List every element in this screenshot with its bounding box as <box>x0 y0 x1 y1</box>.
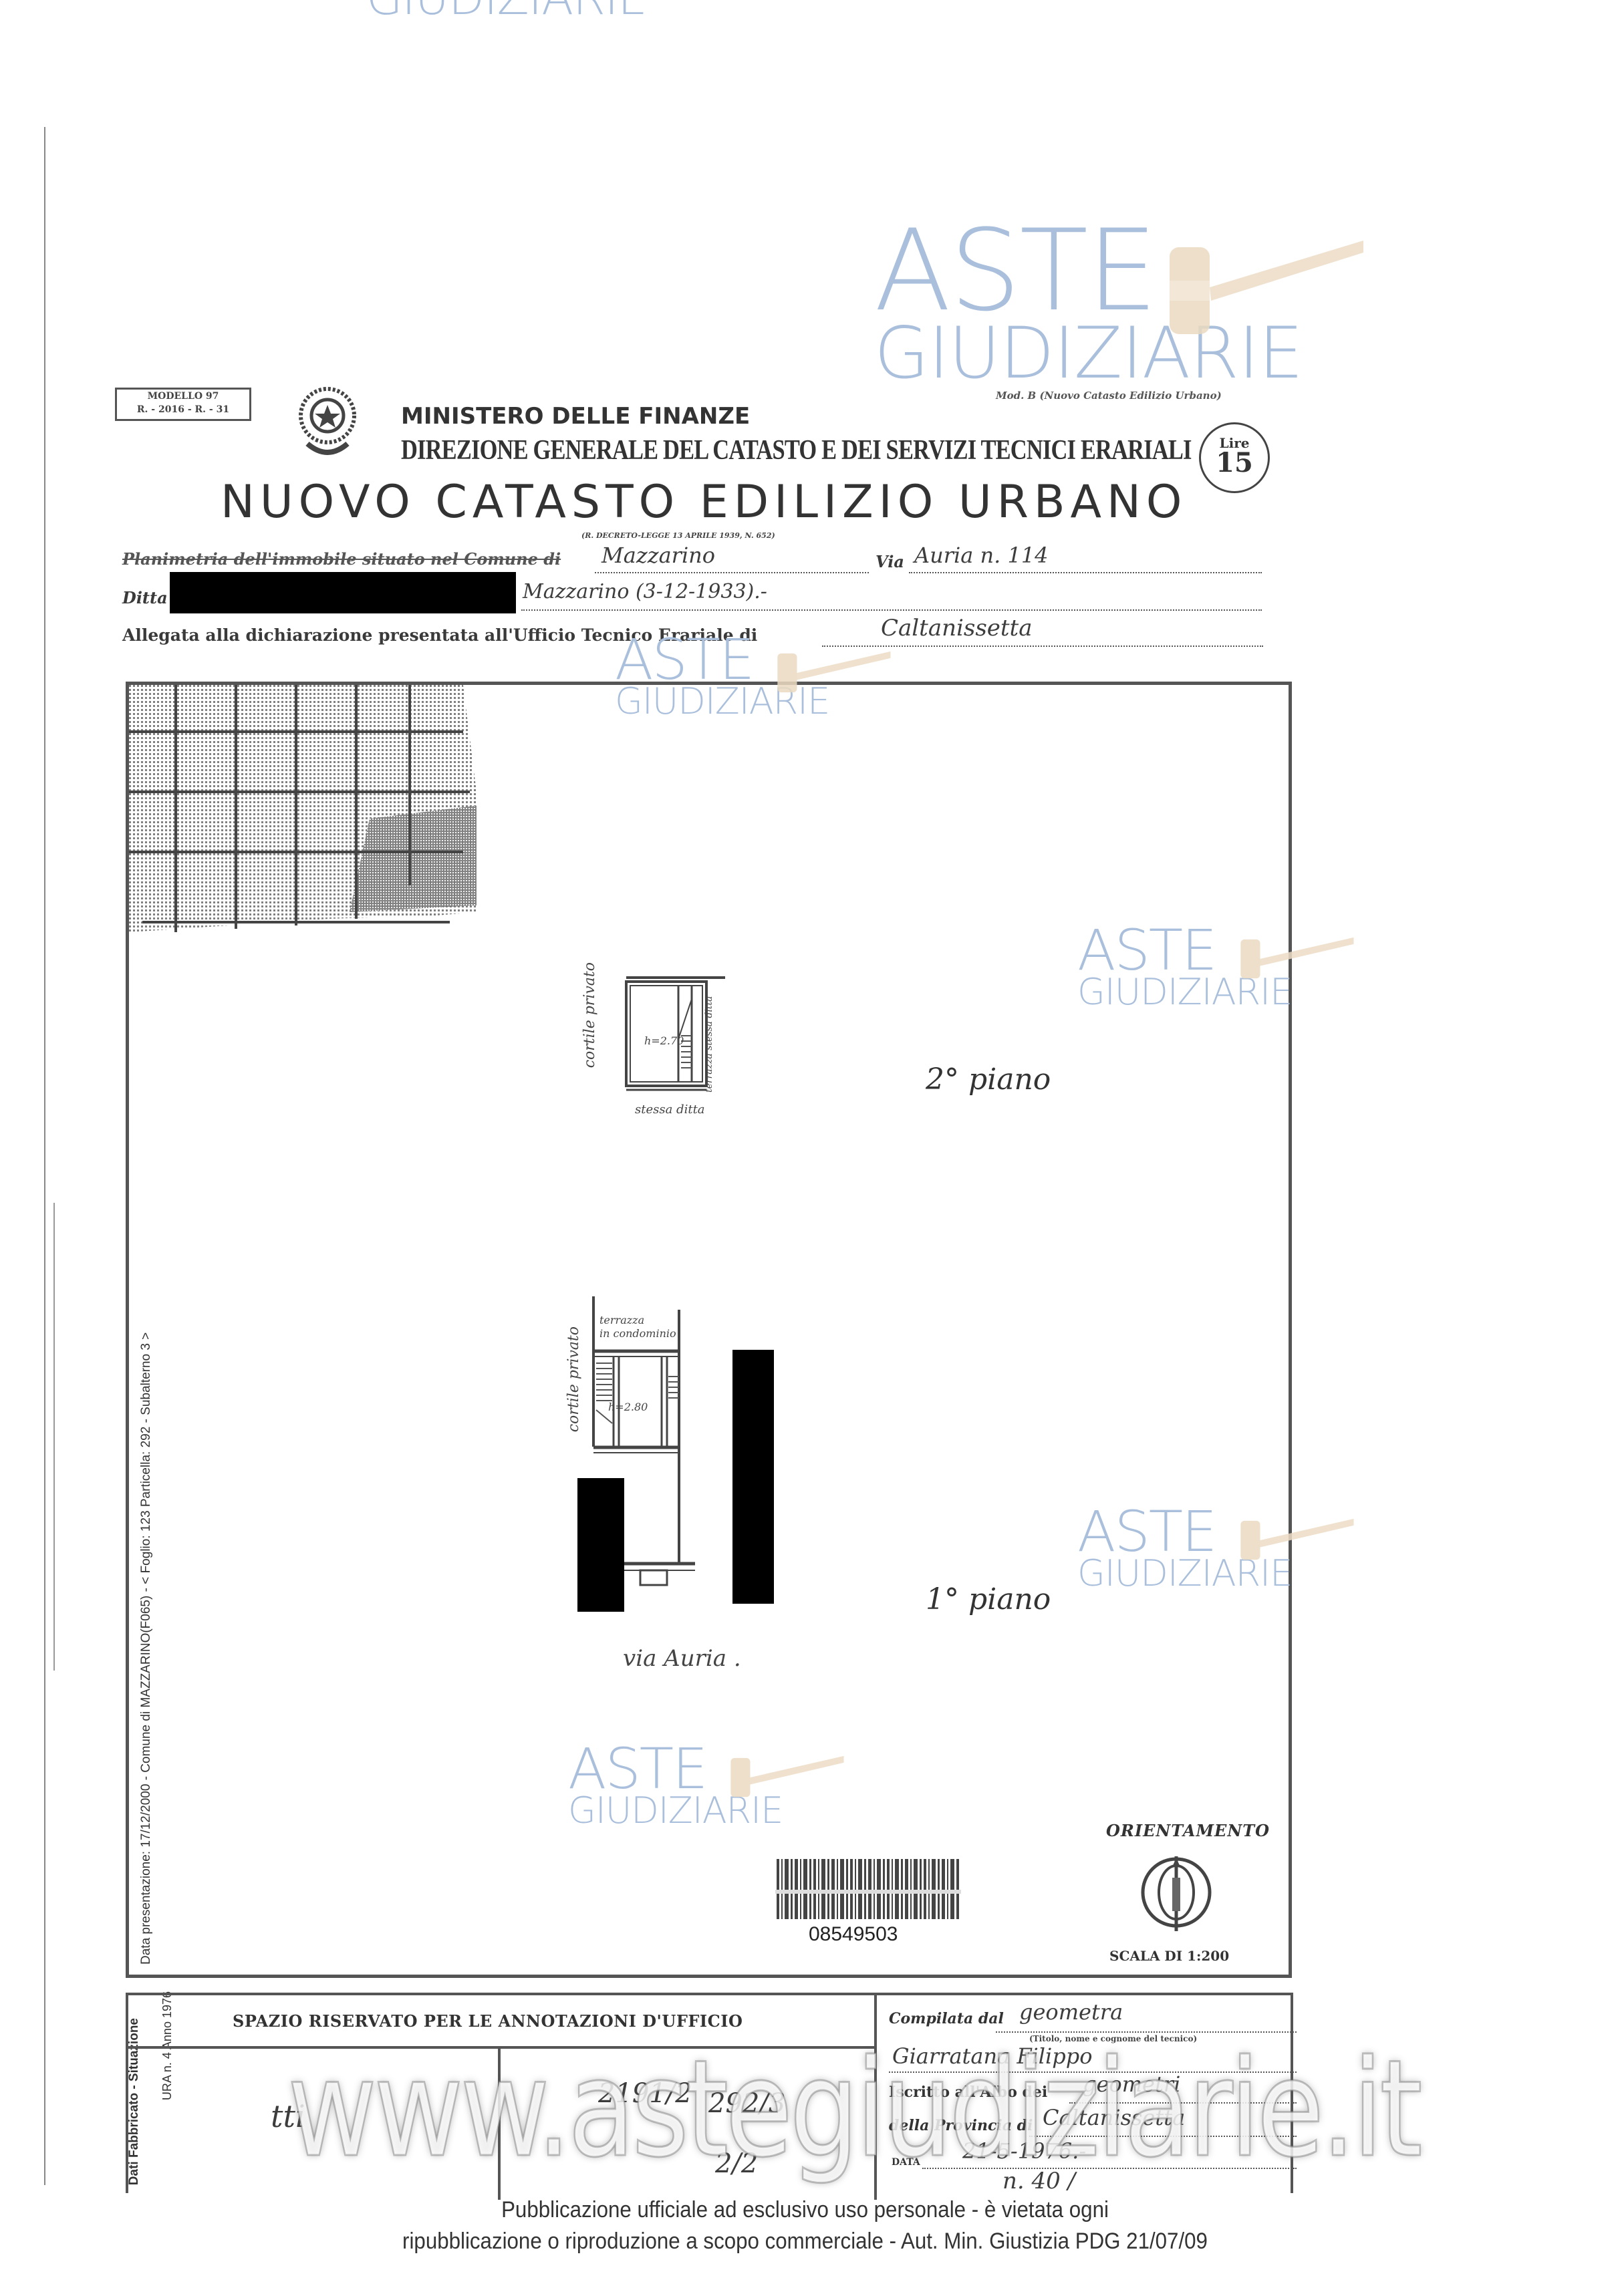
ditta-underline <box>521 609 1262 611</box>
scale-label: SCALA DI 1:200 <box>1109 1948 1229 1964</box>
scan-edge-left-2 <box>53 1203 55 1671</box>
model-reference: Mod. B (Nuovo Catasto Edilizio Urbano) <box>996 390 1222 402</box>
north-arrow-compass-icon <box>1136 1851 1216 1938</box>
floor-2-right-side: terrazza stessa ditta <box>704 992 714 1093</box>
via-value: Auria n. 114 <box>914 543 1049 568</box>
redaction-neighbor-right <box>732 1350 774 1604</box>
floor-2-left-side: cortile privato <box>581 962 598 1068</box>
cadastral-reference-vertical: Data presentazione: 17/12/2000 - Comune … <box>139 1256 154 1965</box>
gavel-icon <box>725 1754 845 1801</box>
floor-1-label: 1° piano <box>926 1582 1051 1616</box>
ufficio-value: Caltanissetta <box>881 615 1032 641</box>
price-stamp: Lire 15 <box>1199 422 1270 493</box>
floor-1-room-height: h=2.80 <box>608 1401 648 1413</box>
floor-1-street: via Auria . <box>623 1645 741 1672</box>
barcode-number: 08549503 <box>809 1923 898 1946</box>
gavel-icon <box>1163 234 1363 341</box>
cadastral-map-excerpt <box>129 685 477 936</box>
footer-disclaimer-line1: Pubblicazione ufficiale ad esclusivo uso… <box>64 2197 1545 2223</box>
annotations-title: SPAZIO RISERVATO PER LE ANNOTAZIONI D'UF… <box>233 2011 743 2031</box>
floor-2-bottom-side: stessa ditta <box>635 1103 705 1117</box>
planimetria-label: Planimetria dell'immobile situato nel Co… <box>122 549 561 569</box>
ditta-label: Ditta <box>122 588 168 607</box>
floor-2-label: 2° piano <box>926 1062 1051 1097</box>
floor-1-top-note-line2: in condominio <box>599 1327 676 1340</box>
directorate-name: DIREZIONE GENERALE DEL CATASTO E DEI SER… <box>401 434 1192 466</box>
ministry-name: MINISTERO DELLE FINANZE <box>401 403 750 430</box>
watermark-top-cropped: GIUDIZIARIE <box>366 0 647 19</box>
comune-underline <box>595 572 869 573</box>
decree-reference: (R. DECRETO-LEGGE 13 APRILE 1939, N. 652… <box>581 531 775 540</box>
compilata-label: Compilata dal <box>889 2010 1004 2027</box>
ufficio-underline <box>822 645 1263 647</box>
gavel-icon <box>1235 1517 1355 1564</box>
comune-value: Mazzarino <box>601 543 715 568</box>
scan-edge-left <box>44 127 45 2185</box>
ditta-value: Mazzarino (3-12-1933).- <box>523 580 767 603</box>
footer-disclaimer-line2: ripubblicazione o riproduzione a scopo c… <box>64 2229 1545 2255</box>
compilata-value: geometra <box>1019 1999 1123 2025</box>
floor-1-left-side: cortile privato <box>565 1326 582 1432</box>
redaction-neighbor-left <box>577 1478 624 1612</box>
orientation-title: ORIENTAMENTO <box>1106 1821 1270 1840</box>
via-label: Via <box>876 552 904 571</box>
floor-1-top-note-line1: terrazza <box>599 1314 644 1326</box>
redaction-owner-name <box>170 572 516 613</box>
document-title: NUOVO CATASTO EDILIZIO URBANO <box>221 476 1187 529</box>
model-stamp: MODELLO 97 R. - 2016 - R. - 31 <box>115 388 251 421</box>
italian-republic-emblem-icon <box>295 382 360 461</box>
website-watermark: www.astegiudiziarie.it <box>287 2031 1420 2187</box>
gavel-icon <box>1235 936 1355 982</box>
via-underline <box>909 572 1262 573</box>
gavel-icon <box>772 650 892 696</box>
barcode <box>775 1856 961 1922</box>
floor-2-room-height: h=2.70 <box>644 1034 684 1047</box>
